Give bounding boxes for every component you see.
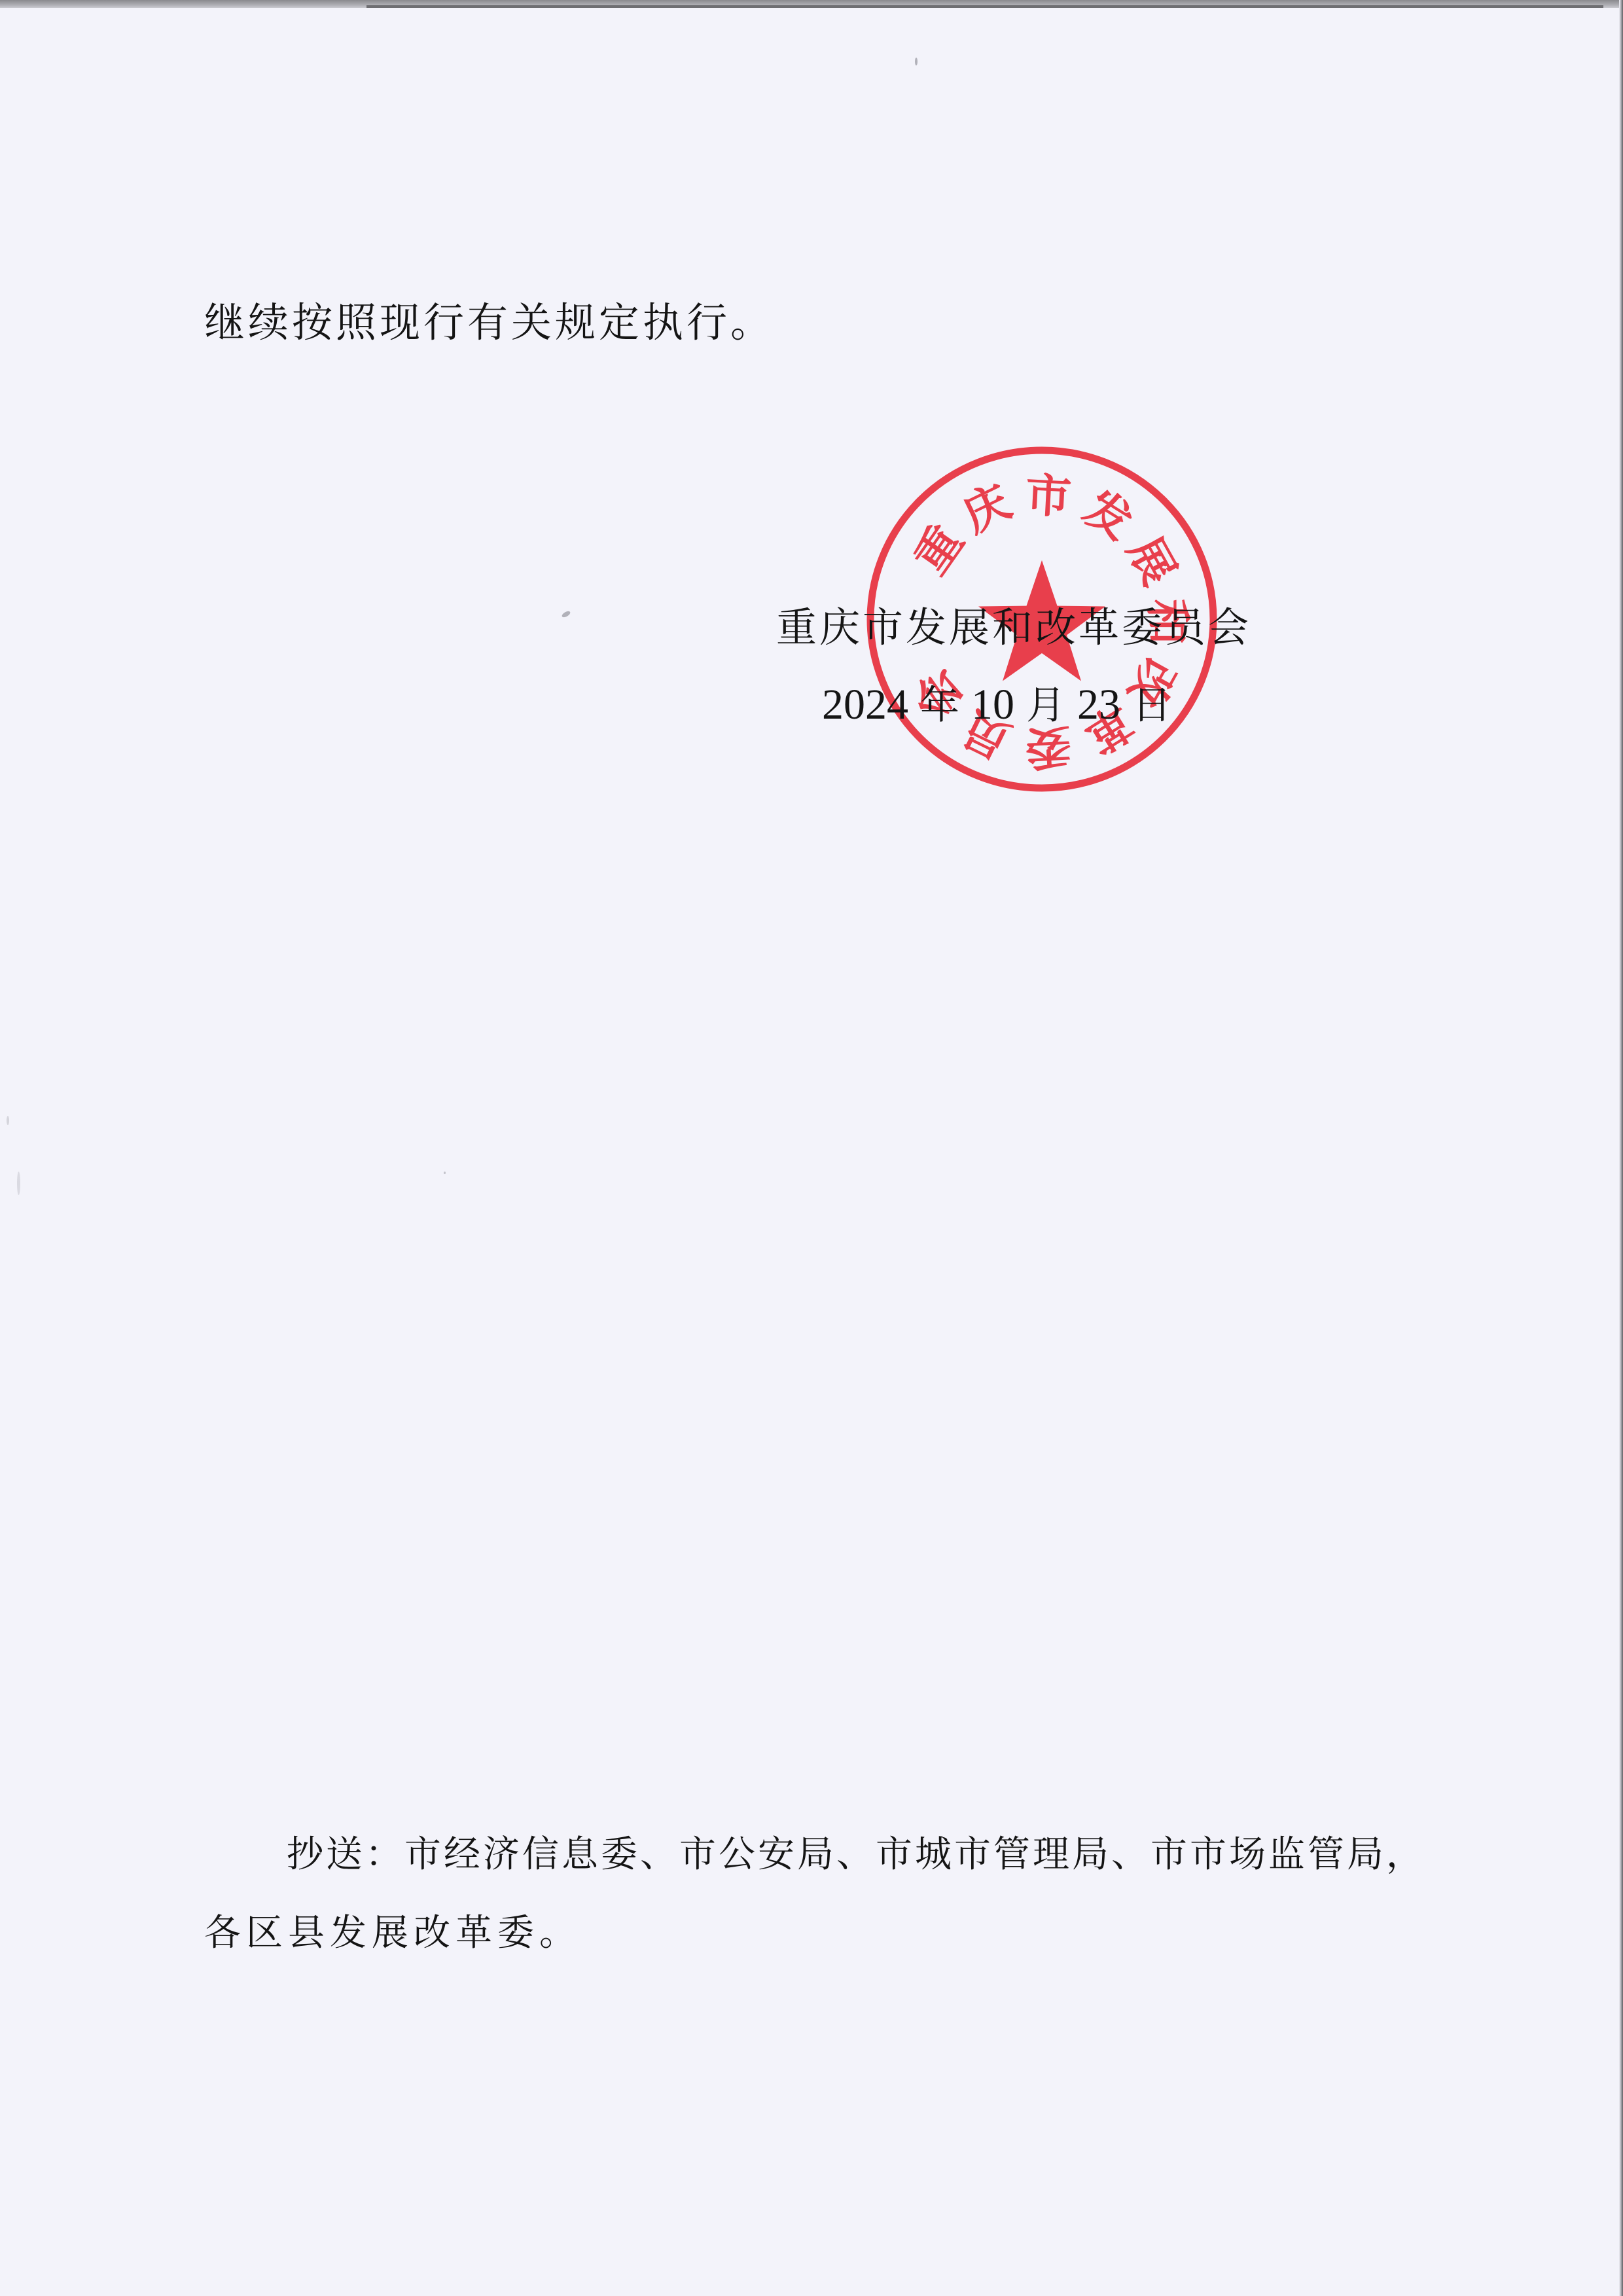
body-text-continuation: 继续按照现行有关规定执行。 [204,302,774,343]
scan-speck [17,1172,20,1195]
cc-line-1: 抄送：市经济信息委、市公安局、市城市管理局、市市场监管局， [287,1837,1425,1873]
scan-speck [915,58,918,65]
cc-recipients-line-2: 各区县发展改革委。 [204,1915,581,1952]
date-year: 2024 [822,681,908,728]
seal-character: 重 [904,516,974,584]
signature-date: 2024年10月23日 [822,683,1183,726]
scan-speck [7,1116,9,1125]
signature-organization: 重庆市发展和改革委员会 [776,607,1251,648]
date-year-unit: 年 [920,683,959,728]
date-day-unit: 日 [1132,683,1171,728]
seal-character: 市 [1024,469,1073,525]
cc-recipients-line-1: 市经济信息委、市公安局、市城市管理局、市市场监管局， [404,1833,1425,1876]
scan-edge-top [0,0,1623,8]
cc-label: 抄送： [287,1833,404,1876]
date-month: 10 [971,681,1014,728]
scan-edge-right [1619,0,1623,2296]
seal-character: 展 [1117,528,1186,594]
seal-character: 庆 [954,475,1019,543]
seal-character: 发 [1075,480,1142,550]
date-day: 23 [1077,681,1120,728]
scan-speck [444,1172,446,1174]
date-month-unit: 月 [1026,683,1065,728]
scan-speck [561,610,571,619]
